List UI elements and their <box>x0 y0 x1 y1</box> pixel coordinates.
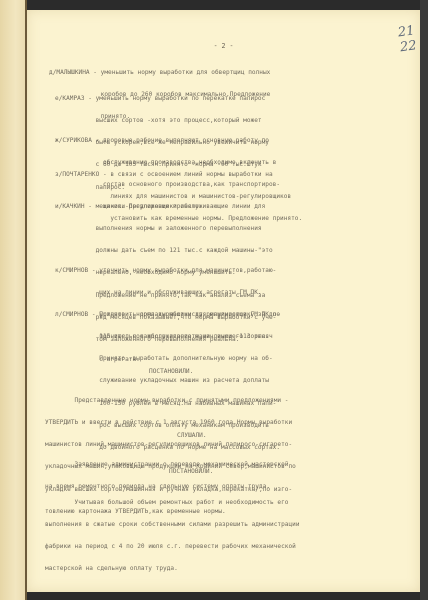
heading-resolved-1: ПОСТАНОВИЛИ. <box>149 368 193 375</box>
page-right-edge <box>420 0 428 600</box>
document-page: 21 22 - 2 - д/МАЛЫШКИНА - уменьшить норм… <box>27 10 420 592</box>
binding-strip <box>0 0 26 600</box>
resolution-2-text: Учитывая большой объем ремонтных работ и… <box>45 484 405 588</box>
heading-resolved-2: ПОСТАНОВИЛИ. <box>169 468 213 475</box>
heading-heard: СЛУШАЛИ. <box>177 432 207 439</box>
folio-number: 21 22 <box>397 23 422 56</box>
page-number: - 2 - <box>27 42 420 50</box>
